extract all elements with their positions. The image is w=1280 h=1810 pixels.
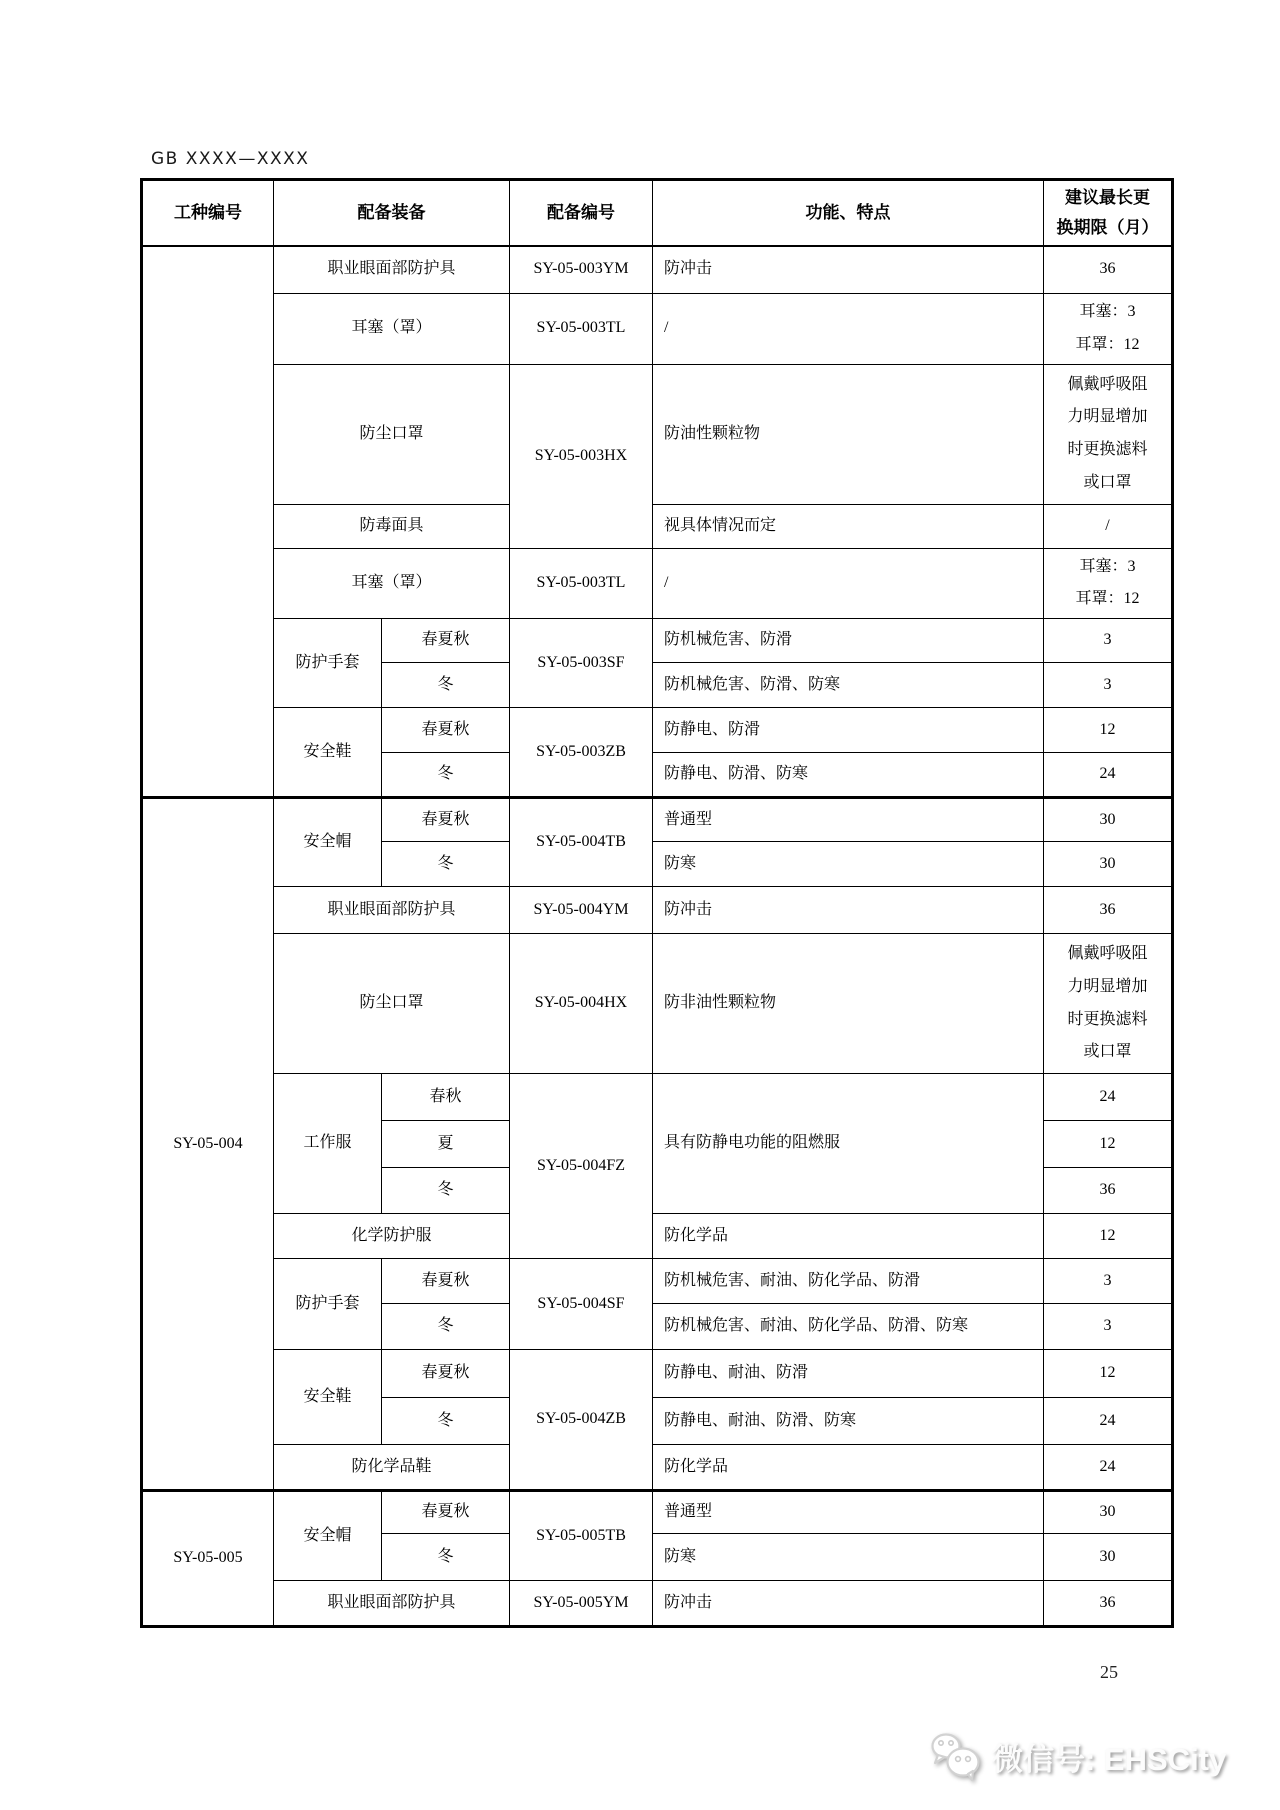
period-cell: 24 bbox=[1044, 1074, 1173, 1121]
equipment-cell: 职业眼面部防护具 bbox=[274, 887, 510, 934]
period-cell: 12 bbox=[1044, 1214, 1173, 1259]
function-cell: 防机械危害、防滑、防寒 bbox=[653, 663, 1044, 708]
season-cell: 夏 bbox=[382, 1121, 510, 1168]
table-header: 工种编号配备装备配备编号功能、特点建议最长更 换期限（月） bbox=[142, 180, 1173, 246]
period-cell: 36 bbox=[1044, 887, 1173, 934]
period-cell: 12 bbox=[1044, 708, 1173, 753]
function-cell: 防油性颗粒物 bbox=[653, 364, 1044, 504]
equipment-cell: 防毒面具 bbox=[274, 504, 510, 548]
code-cell: SY-05-005TB bbox=[510, 1491, 653, 1581]
equipment-cell: 防化学品鞋 bbox=[274, 1445, 510, 1491]
season-cell: 春夏秋 bbox=[382, 798, 510, 842]
period-cell: 12 bbox=[1044, 1350, 1173, 1398]
season-cell: 春夏秋 bbox=[382, 619, 510, 663]
season-cell: 冬 bbox=[382, 663, 510, 708]
season-cell: 冬 bbox=[382, 842, 510, 887]
function-cell: 具有防静电功能的阻燃服 bbox=[653, 1074, 1044, 1214]
period-cell: 佩戴呼吸阻 力明显增加 时更换滤料 或口罩 bbox=[1044, 934, 1173, 1074]
header-cell: 工种编号 bbox=[142, 180, 274, 246]
period-cell: 佩戴呼吸阻 力明显增加 时更换滤料 或口罩 bbox=[1044, 364, 1173, 504]
equipment-table: 工种编号配备装备配备编号功能、特点建议最长更 换期限（月） 职业眼面部防护具SY… bbox=[140, 178, 1174, 1628]
function-cell: 防静电、防滑 bbox=[653, 708, 1044, 753]
function-cell: 防静电、耐油、防滑 bbox=[653, 1350, 1044, 1398]
equipment-cell: 工作服 bbox=[274, 1074, 382, 1214]
function-cell: 防静电、防滑、防寒 bbox=[653, 753, 1044, 798]
header-cell: 配备装备 bbox=[274, 180, 510, 246]
equipment-cell: 防护手套 bbox=[274, 619, 382, 708]
wechat-icon bbox=[928, 1730, 982, 1782]
job-code-cell: SY-05-005 bbox=[142, 1491, 274, 1627]
period-cell: 3 bbox=[1044, 1304, 1173, 1350]
function-cell: 防机械危害、防滑 bbox=[653, 619, 1044, 663]
period-cell: 耳塞：3 耳罩：12 bbox=[1044, 548, 1173, 619]
season-cell: 冬 bbox=[382, 1168, 510, 1214]
table-row: SY-05-004安全帽春夏秋SY-05-004TB普通型30 bbox=[142, 798, 1173, 842]
code-cell: SY-05-003ZB bbox=[510, 708, 653, 798]
table-row: 职业眼面部防护具SY-05-003YM防冲击36 bbox=[142, 246, 1173, 294]
equipment-cell: 安全鞋 bbox=[274, 708, 382, 798]
equipment-cell: 安全帽 bbox=[274, 1491, 382, 1581]
table-row: 安全鞋春夏秋SY-05-004ZB防静电、耐油、防滑12 bbox=[142, 1350, 1173, 1398]
equipment-cell: 职业眼面部防护具 bbox=[274, 1581, 510, 1627]
period-cell: 24 bbox=[1044, 753, 1173, 798]
table-row: 防尘口罩SY-05-004HX防非油性颗粒物佩戴呼吸阻 力明显增加 时更换滤料 … bbox=[142, 934, 1173, 1074]
period-cell: 12 bbox=[1044, 1121, 1173, 1168]
table-row: 防化学品鞋防化学品24 bbox=[142, 1445, 1173, 1491]
equipment-cell: 防尘口罩 bbox=[274, 934, 510, 1074]
code-cell: SY-05-004YM bbox=[510, 887, 653, 934]
function-cell: 防化学品 bbox=[653, 1214, 1044, 1259]
period-cell: 36 bbox=[1044, 1581, 1173, 1627]
table-row: 安全鞋春夏秋SY-05-003ZB防静电、防滑12 bbox=[142, 708, 1173, 753]
function-cell: 普通型 bbox=[653, 1491, 1044, 1534]
function-cell: 防化学品 bbox=[653, 1445, 1044, 1491]
code-cell: SY-05-004HX bbox=[510, 934, 653, 1074]
code-cell: SY-05-004FZ bbox=[510, 1074, 653, 1259]
period-cell: 30 bbox=[1044, 842, 1173, 887]
period-cell: 30 bbox=[1044, 1534, 1173, 1581]
function-cell: / bbox=[653, 548, 1044, 619]
page: { "page": { "doc_code": "GB XXXX—XXXX", … bbox=[0, 0, 1280, 1810]
season-cell: 冬 bbox=[382, 1304, 510, 1350]
code-cell: SY-05-003HX bbox=[510, 364, 653, 548]
period-cell: 24 bbox=[1044, 1445, 1173, 1491]
season-cell: 冬 bbox=[382, 1534, 510, 1581]
period-cell: 3 bbox=[1044, 619, 1173, 663]
function-cell: 防机械危害、耐油、防化学品、防滑、防寒 bbox=[653, 1304, 1044, 1350]
period-cell: / bbox=[1044, 504, 1173, 548]
function-cell: 防静电、耐油、防滑、防寒 bbox=[653, 1398, 1044, 1445]
table-row: 工作服春秋SY-05-004FZ具有防静电功能的阻燃服24 bbox=[142, 1074, 1173, 1121]
season-cell: 春夏秋 bbox=[382, 1491, 510, 1534]
page-number: 25 bbox=[1100, 1662, 1118, 1683]
season-cell: 冬 bbox=[382, 1398, 510, 1445]
period-cell: 30 bbox=[1044, 1491, 1173, 1534]
function-cell: 视具体情况而定 bbox=[653, 504, 1044, 548]
code-cell: SY-05-003TL bbox=[510, 294, 653, 365]
code-cell: SY-05-003YM bbox=[510, 246, 653, 294]
season-cell: 春夏秋 bbox=[382, 708, 510, 753]
watermark-text: 微信号: EHSCity bbox=[992, 1734, 1226, 1779]
table-row: 职业眼面部防护具SY-05-005YM防冲击36 bbox=[142, 1581, 1173, 1627]
period-cell: 3 bbox=[1044, 663, 1173, 708]
table-row: 防尘口罩SY-05-003HX防油性颗粒物佩戴呼吸阻 力明显增加 时更换滤料 或… bbox=[142, 364, 1173, 504]
equipment-cell: 防护手套 bbox=[274, 1259, 382, 1350]
function-cell: 防寒 bbox=[653, 842, 1044, 887]
table-row: 化学防护服防化学品12 bbox=[142, 1214, 1173, 1259]
table-row: 防护手套春夏秋SY-05-003SF防机械危害、防滑3 bbox=[142, 619, 1173, 663]
function-cell: / bbox=[653, 294, 1044, 365]
code-cell: SY-05-003SF bbox=[510, 619, 653, 708]
equipment-cell: 防尘口罩 bbox=[274, 364, 510, 504]
header-cell: 功能、特点 bbox=[653, 180, 1044, 246]
equipment-cell: 职业眼面部防护具 bbox=[274, 246, 510, 294]
period-cell: 30 bbox=[1044, 798, 1173, 842]
function-cell: 防冲击 bbox=[653, 887, 1044, 934]
header-cell: 配备编号 bbox=[510, 180, 653, 246]
table-row: 职业眼面部防护具SY-05-004YM防冲击36 bbox=[142, 887, 1173, 934]
table-body: 职业眼面部防护具SY-05-003YM防冲击36耳塞（罩）SY-05-003TL… bbox=[142, 246, 1173, 1627]
season-cell: 春夏秋 bbox=[382, 1350, 510, 1398]
equipment-cell: 耳塞（罩） bbox=[274, 548, 510, 619]
period-cell: 24 bbox=[1044, 1398, 1173, 1445]
function-cell: 防机械危害、耐油、防化学品、防滑 bbox=[653, 1259, 1044, 1304]
equipment-cell: 安全鞋 bbox=[274, 1350, 382, 1445]
code-cell: SY-05-004SF bbox=[510, 1259, 653, 1350]
equipment-cell: 化学防护服 bbox=[274, 1214, 510, 1259]
season-cell: 春夏秋 bbox=[382, 1259, 510, 1304]
function-cell: 防非油性颗粒物 bbox=[653, 934, 1044, 1074]
code-cell: SY-05-003TL bbox=[510, 548, 653, 619]
table-row: SY-05-005安全帽春夏秋SY-05-005TB普通型30 bbox=[142, 1491, 1173, 1534]
code-cell: SY-05-005YM bbox=[510, 1581, 653, 1627]
watermark: 微信号: EHSCity bbox=[928, 1730, 1226, 1782]
period-cell: 3 bbox=[1044, 1259, 1173, 1304]
header-cell: 建议最长更 换期限（月） bbox=[1044, 180, 1173, 246]
period-cell: 36 bbox=[1044, 246, 1173, 294]
table-row: 防护手套春夏秋SY-05-004SF防机械危害、耐油、防化学品、防滑3 bbox=[142, 1259, 1173, 1304]
period-cell: 36 bbox=[1044, 1168, 1173, 1214]
job-code-cell bbox=[142, 246, 274, 798]
job-code-cell: SY-05-004 bbox=[142, 798, 274, 1491]
code-cell: SY-05-004ZB bbox=[510, 1350, 653, 1491]
season-cell: 冬 bbox=[382, 753, 510, 798]
period-cell: 耳塞：3 耳罩：12 bbox=[1044, 294, 1173, 365]
equipment-cell: 耳塞（罩） bbox=[274, 294, 510, 365]
code-cell: SY-05-004TB bbox=[510, 798, 653, 887]
function-cell: 防寒 bbox=[653, 1534, 1044, 1581]
function-cell: 防冲击 bbox=[653, 1581, 1044, 1627]
season-cell: 春秋 bbox=[382, 1074, 510, 1121]
table-row: 防毒面具视具体情况而定/ bbox=[142, 504, 1173, 548]
function-cell: 防冲击 bbox=[653, 246, 1044, 294]
doc-code: GB XXXX—XXXX bbox=[151, 149, 309, 169]
equipment-cell: 安全帽 bbox=[274, 798, 382, 887]
function-cell: 普通型 bbox=[653, 798, 1044, 842]
table-row: 耳塞（罩）SY-05-003TL/耳塞：3 耳罩：12 bbox=[142, 294, 1173, 365]
table-row: 耳塞（罩）SY-05-003TL/耳塞：3 耳罩：12 bbox=[142, 548, 1173, 619]
